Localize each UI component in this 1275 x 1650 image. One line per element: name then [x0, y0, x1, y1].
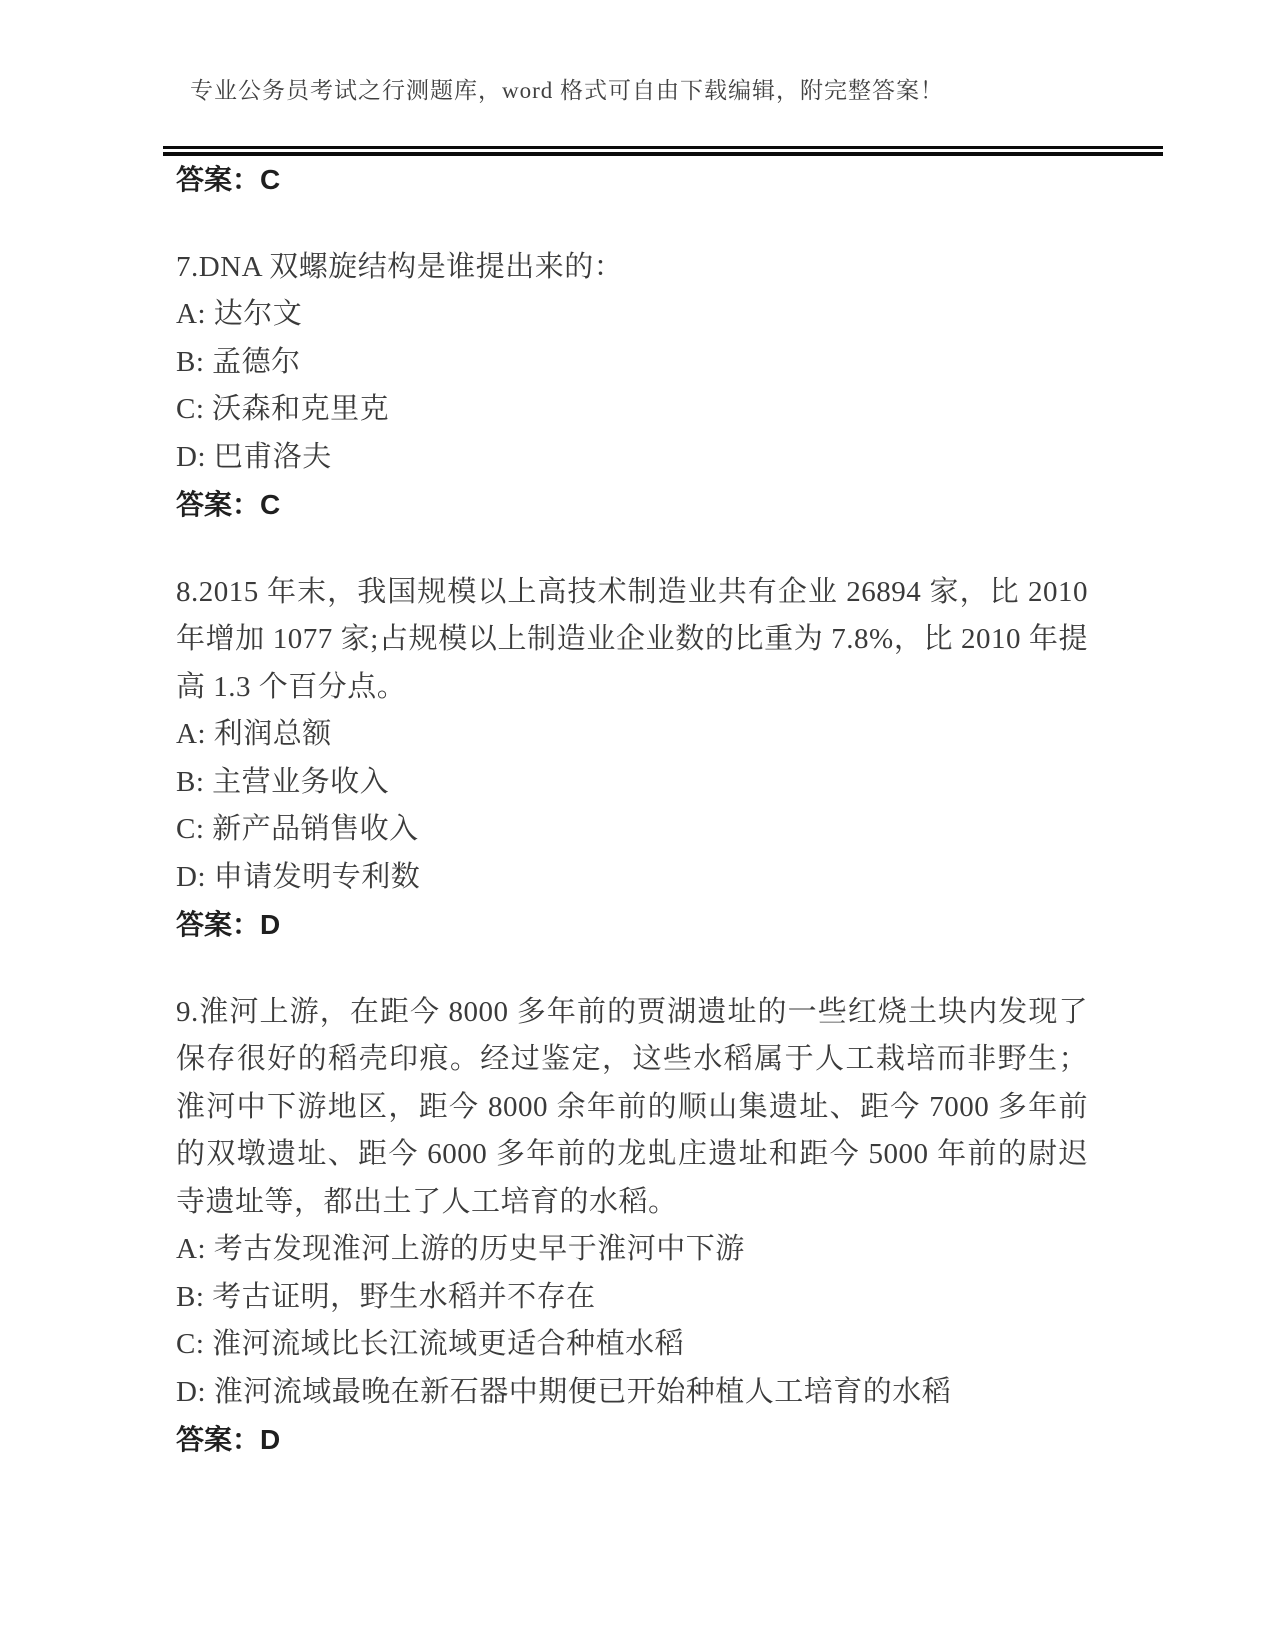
document-body: 答案：C 7.DNA 双螺旋结构是谁提出来的： A: 达尔文 B: 孟德尔 C:… [176, 156, 1088, 1464]
header-note: 专业公务员考试之行测题库，word 格式可自由下载编辑，附完整答案！ [190, 72, 944, 105]
question-9-option-d: D: 淮河流域最晚在新石器中期便已开始种植人工培育的水稻 [176, 1369, 1088, 1417]
document-page: 专业公务员考试之行测题库，word 格式可自由下载编辑，附完整答案！ 答案：C … [0, 0, 1275, 1650]
question-7-answer: 答案：C [176, 481, 1088, 529]
question-7-option-c: C: 沃森和克里克 [176, 386, 1088, 434]
question-9-stem: 9.淮河上游，在距今 8000 多年前的贾湖遗址的一些红烧土块内发现了保存很好的… [176, 989, 1088, 1227]
question-7-option-a: A: 达尔文 [176, 291, 1088, 339]
previous-question-answer: 答案：C [176, 156, 1088, 204]
question-9-option-c: C: 淮河流域比长江流域更适合种植水稻 [176, 1321, 1088, 1369]
question-7-option-d: D: 巴甫洛夫 [176, 434, 1088, 482]
question-8-stem: 8.2015 年末，我国规模以上高技术制造业共有企业 26894 家，比 201… [176, 569, 1088, 712]
question-9-answer: 答案：D [176, 1416, 1088, 1464]
question-8-option-b: B: 主营业务收入 [176, 759, 1088, 807]
question-7: 7.DNA 双螺旋结构是谁提出来的： A: 达尔文 B: 孟德尔 C: 沃森和克… [176, 244, 1088, 529]
question-8-option-d: D: 申请发明专利数 [176, 854, 1088, 902]
question-7-option-b: B: 孟德尔 [176, 339, 1088, 387]
question-8: 8.2015 年末，我国规模以上高技术制造业共有企业 26894 家，比 201… [176, 569, 1088, 949]
question-7-stem: 7.DNA 双螺旋结构是谁提出来的： [176, 244, 1088, 292]
question-9-option-a: A: 考古发现淮河上游的历史早于淮河中下游 [176, 1226, 1088, 1274]
header-divider-double-rule [163, 146, 1163, 156]
question-9: 9.淮河上游，在距今 8000 多年前的贾湖遗址的一些红烧土块内发现了保存很好的… [176, 989, 1088, 1464]
question-8-option-a: A: 利润总额 [176, 711, 1088, 759]
question-8-answer: 答案：D [176, 901, 1088, 949]
question-9-option-b: B: 考古证明，野生水稻并不存在 [176, 1274, 1088, 1322]
question-8-option-c: C: 新产品销售收入 [176, 806, 1088, 854]
